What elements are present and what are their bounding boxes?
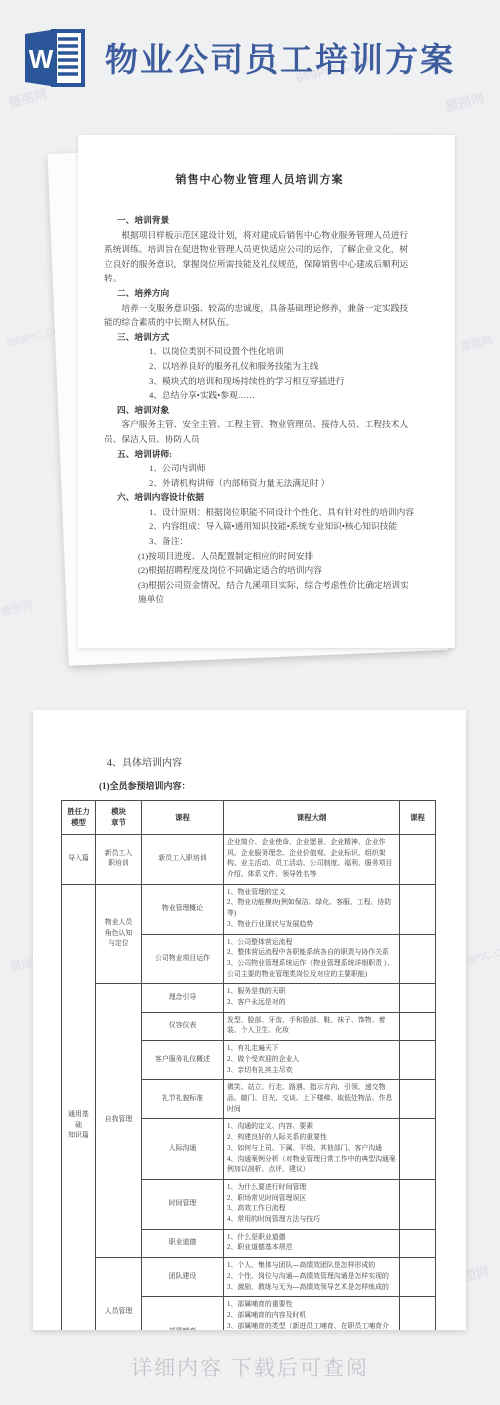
- table-row: 自我管理理念引导1、服务是我的天职 2、客户永远是对的: [62, 984, 436, 1012]
- table-cell-course: 客户服务礼仪概述: [142, 1041, 224, 1080]
- table-cell-outline: 1、公司整体营运流程 2、整体营运流程中各职能系统各自的职责与协作关系 3、公司…: [224, 934, 400, 984]
- doc1-title: 销售中心物业管理人员培训方案: [104, 171, 415, 187]
- table-cell-course: 物业管理概论: [142, 884, 224, 934]
- word-icon: W: [17, 25, 89, 91]
- table-header-cell: 胜任力 模型: [62, 801, 96, 835]
- table-cell-hours: [400, 1080, 436, 1119]
- table-header-cell: 课程: [142, 801, 224, 835]
- table-cell-course: 新员工入职培训: [142, 834, 224, 884]
- table-cell-hours: [400, 1258, 436, 1297]
- table-cell-course: 人际沟通: [142, 1119, 224, 1180]
- table-cell-course: 仪容仪表: [142, 1012, 224, 1040]
- doc1-item: 3、备注：: [149, 534, 415, 549]
- doc2-subsection-title: (1)全员参预培训内容：: [99, 779, 438, 792]
- table-cell-outline: 发型、脸部、牙齿、手和脸部、鞋、袜子、饰物、着装、个人卫生、化妆: [224, 1012, 400, 1040]
- table-cell-hours: [400, 1012, 436, 1040]
- table-row: 通用基础 知识篇物业人员 角色认知 与定位物业管理概论1、物业管理的定义 2、物…: [62, 884, 436, 934]
- table-row: 导入篇新员工入 职培训新员工入职培训企业简介、企业使命、企业愿景、企业精神、企业…: [62, 834, 436, 884]
- table-cell-hours: [400, 1041, 436, 1080]
- watermark: 摄图网: [0, 596, 34, 620]
- table-cell-hours: [400, 984, 436, 1012]
- table-cell-course: 时间管理: [142, 1179, 224, 1229]
- table-cell-outline: 企业简介、企业使命、企业愿景、企业精神、企业作风、企业服务理念、企业价值观、企业…: [224, 834, 400, 884]
- doc1-item: 1、设计原则：根据岗位职能不同设计个性化、具有针对性的培训内容: [149, 505, 415, 520]
- table-cell-module: 新员工入 职培训: [96, 834, 142, 884]
- table-cell-course: 部属哺育: [142, 1297, 224, 1330]
- doc1-para: 客户服务主管、安全主管、工程主管、物业管理员、接待人员、工程技术人员、保洁人员、…: [104, 417, 415, 446]
- page-title: 物业公司员工培训方案: [105, 34, 455, 81]
- watermark: 摄图网: [459, 331, 495, 355]
- table-header-cell: 模块 章节: [96, 801, 142, 835]
- table-cell-hours: [400, 834, 436, 884]
- table-row: 人员管理团队建设1、个人、集体与团队---高绩效团队是怎样形成的 2、个性、岗位…: [62, 1258, 436, 1297]
- table-cell-hours: [400, 1119, 436, 1180]
- table-cell-hours: [400, 1229, 436, 1257]
- doc1-heading: 五、培训讲师:: [117, 447, 415, 462]
- table-head: 胜任力 模型模块 章节课程课程大纲课程: [62, 801, 436, 835]
- table-cell-course: 职业道德: [142, 1229, 224, 1257]
- table-cell-model: 通用基础 知识篇: [62, 884, 96, 1330]
- table-cell-course: 公司物业项目运作: [142, 934, 224, 984]
- footer-caption: 详细内容 下载后可查阅: [0, 1352, 500, 1382]
- doc1-item: 2、以培养良好的服务礼仪和服务技能为主线: [149, 359, 415, 374]
- doc1-subitem: (3)根据公司资金情况，结合九溪项目实际，综合考虑性价比确定培训实施单位: [138, 578, 415, 607]
- table-body: 导入篇新员工入 职培训新员工入职培训企业简介、企业使命、企业愿景、企业精神、企业…: [62, 834, 436, 1330]
- table-header-cell: 课程大纲: [224, 801, 400, 835]
- table-cell-outline: 1、什么是职业道德 2、职业道德基本规范: [224, 1229, 400, 1257]
- page-background: 摄图网 699PIC.COM 摄图网 699PIC.COM 摄图网 摄图网 69…: [0, 0, 500, 1405]
- doc1-item: 3、模块式的培训和现场持续性的学习相互穿插进行: [149, 374, 415, 389]
- word-icon-letter: W: [29, 44, 54, 74]
- document-page2: 4、具体培训内容 (1)全员参预培训内容： 胜任力 模型模块 章节课程课程大纲课…: [33, 710, 466, 1330]
- table-cell-outline: 1、有礼走遍天下 2、做个受欢迎的企业人 3、亲切有礼宾主尽欢: [224, 1041, 400, 1080]
- doc1-heading: 四、培训对象: [117, 403, 415, 418]
- table-cell-module: 自我管理: [96, 984, 142, 1258]
- table-header-cell: 课程: [400, 801, 436, 835]
- doc1-item: 1、公司内训师: [149, 461, 415, 476]
- doc1-heading: 六、培训内容设计依据: [117, 490, 415, 505]
- table-cell-hours: [400, 934, 436, 984]
- header: W 物业公司员工培训方案: [0, 0, 500, 115]
- doc2-section-title: 4、具体培训内容: [107, 754, 438, 769]
- doc1-item: 2、内容组成：导入篇•通用知识技能•系统专业知识•核心知识技能: [149, 519, 415, 534]
- table-cell-outline: 微笑、站立、行走、路遇、指示方向、引领、递交物品、敲门、目光、交谈、上下楼梯、取…: [224, 1080, 400, 1119]
- doc1-item: 4、总结分享•实践•参观……: [149, 388, 415, 403]
- table-cell-module: 人员管理: [96, 1258, 142, 1330]
- table-cell-course: 团队建设: [142, 1258, 224, 1297]
- table-cell-outline: 1、部属哺育的重要性 2、部属哺育的内容及时机 3、部属哺育的类型（新进员工哺育…: [224, 1297, 400, 1330]
- table-cell-hours: [400, 884, 436, 934]
- table-cell-hours: [400, 1179, 436, 1229]
- document-page1: 销售中心物业管理人员培训方案 一、培训背景根据项目样板示范区建设计划，将对建成后…: [78, 135, 455, 648]
- doc1-body: 一、培训背景根据项目样板示范区建设计划，将对建成后销售中心物业服务管理人员进行系…: [104, 213, 415, 607]
- table-cell-outline: 1、服务是我的天职 2、客户永远是对的: [224, 984, 400, 1012]
- table-header-row: 胜任力 模型模块 章节课程课程大纲课程: [62, 801, 436, 835]
- doc1-item: 1、以岗位类别不同设置个性化培训: [149, 344, 415, 359]
- table-cell-course: 理念引导: [142, 984, 224, 1012]
- training-table: 胜任力 模型模块 章节课程课程大纲课程 导入篇新员工入 职培训新员工入职培训企业…: [61, 800, 436, 1330]
- doc1-heading: 一、培训背景: [117, 213, 415, 228]
- doc1-item: 2、外请机构讲师（内部师资力量无法满足时 ）: [149, 476, 415, 491]
- table-cell-module: 物业人员 角色认知 与定位: [96, 884, 142, 984]
- table-cell-course: 礼节礼貌标准: [142, 1080, 224, 1119]
- doc1-para: 培养一支服务意识强、较高的忠诚度，具备基础理论修养，兼备一定实践技能的综合素质的…: [104, 301, 415, 330]
- doc1-subitem: (1)按项目进度、人员配置制定相应的时间安排: [138, 549, 415, 564]
- doc1-heading: 三、培训方式: [117, 330, 415, 345]
- doc1-subitem: (2)根据招聘程度及岗位不同确定适合的培训内容: [138, 563, 415, 578]
- table-cell-outline: 1、物业管理的定义 2、物业功能模块(例如保洁、绿化、客服、工程、协防等) 3、…: [224, 884, 400, 934]
- table-cell-outline: 1、个人、集体与团队---高绩效团队是怎样形成的 2、个性、岗位与沟通---高绩…: [224, 1258, 400, 1297]
- table-cell-model: 导入篇: [62, 834, 96, 884]
- table-cell-outline: 1、沟通的定义、内容、要素 2、构建良好的人际关系的重要性 3、如何与上司、下属…: [224, 1119, 400, 1180]
- table-cell-hours: [400, 1297, 436, 1330]
- table-cell-outline: 1、为什么要进行时间管理 2、职场常见时间管理误区 3、高效工作日流程 4、常用…: [224, 1179, 400, 1229]
- doc1-para: 根据项目样板示范区建设计划，将对建成后销售中心物业服务管理人员进行系统训练。培训…: [104, 228, 415, 286]
- doc1-heading: 二、培养方向: [117, 286, 415, 301]
